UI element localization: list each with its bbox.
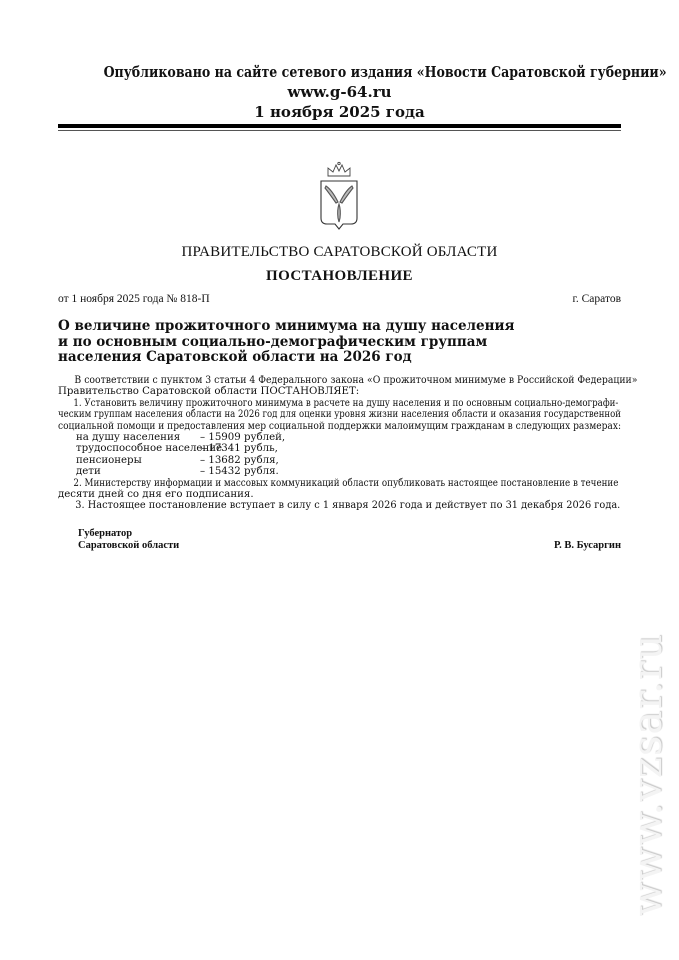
document-date-number: от 1 ноября 2025 года № 818-П bbox=[58, 293, 210, 305]
subsistence-rates-list: на душу населения – 15909 рублей, трудос… bbox=[58, 432, 621, 478]
rate-value: – 15432 рубля. bbox=[200, 466, 279, 477]
document-heading: О величине прожиточного минимума на душу… bbox=[58, 319, 515, 366]
item-2-line: 2. Министерству информации и массовых ко… bbox=[58, 478, 541, 489]
document-page: Опубликовано на сайте сетевого издания «… bbox=[0, 0, 679, 960]
rate-value: – 13682 рубля, bbox=[200, 455, 279, 466]
document-type: ПОСТАНОВЛЕНИЕ bbox=[58, 268, 621, 285]
rate-row: дети – 15432 рубля. bbox=[76, 466, 621, 477]
rate-label: трудоспособное население bbox=[76, 443, 200, 454]
saratov-coat-of-arms-icon bbox=[314, 160, 364, 232]
issuer-title: ПРАВИТЕЛЬСТВО САРАТОВСКОЙ ОБЛАСТИ bbox=[58, 244, 621, 261]
item-1-line: 1. Установить величину прожиточного мини… bbox=[58, 398, 537, 409]
rate-label: на душу населения bbox=[76, 432, 200, 443]
rate-row: трудоспособное население – 17341 рубль, bbox=[76, 443, 621, 454]
heading-line: О величине прожиточного минимума на душу… bbox=[58, 319, 515, 335]
item-3: 3. Настоящее постановление вступает в си… bbox=[58, 500, 598, 511]
publication-site: www.g-64.ru bbox=[58, 82, 621, 102]
item-2-line: десяти дней со дня его подписания. bbox=[58, 489, 621, 500]
rate-value: – 15909 рублей, bbox=[200, 432, 285, 443]
rate-row: на душу населения – 15909 рублей, bbox=[76, 432, 621, 443]
preamble-line: Правительство Саратовской области ПОСТАН… bbox=[58, 386, 621, 397]
rate-value: – 17341 рубль, bbox=[200, 443, 278, 454]
watermark-text: www.vzsar.ru bbox=[625, 633, 671, 916]
heading-line: и по основным социально-демографическим … bbox=[58, 335, 515, 351]
rate-row: пенсионеры – 13682 рубля, bbox=[76, 455, 621, 466]
signatory-position: Саратовской области bbox=[78, 540, 621, 552]
document-body: В соответствии с пунктом 3 статьи 4 Феде… bbox=[58, 375, 621, 512]
document-city: г. Саратов bbox=[572, 293, 621, 305]
item-1-line: ческим группам населения области на 2026… bbox=[58, 409, 531, 420]
watermark: www.vzsar.ru bbox=[628, 600, 668, 950]
signatory-name: Р. В. Бусаргин bbox=[554, 540, 621, 552]
rate-label: дети bbox=[76, 466, 200, 477]
header-divider-thin bbox=[58, 130, 621, 131]
signature-block: Губернатор Саратовской области Р. В. Бус… bbox=[78, 528, 621, 552]
header-divider-thick bbox=[58, 124, 621, 128]
item-1-line: социальной помощи и предоставления мер с… bbox=[58, 421, 559, 432]
preamble: В соответствии с пунктом 3 статьи 4 Феде… bbox=[58, 375, 621, 386]
preamble-line: В соответствии с пунктом 3 статьи 4 Феде… bbox=[58, 375, 572, 386]
signatory-position: Губернатор bbox=[78, 528, 621, 540]
publication-header: Опубликовано на сайте сетевого издания «… bbox=[58, 62, 621, 122]
publication-date: 1 ноября 2025 года bbox=[58, 102, 621, 122]
publication-notice: Опубликовано на сайте сетевого издания «… bbox=[104, 62, 576, 82]
rate-label: пенсионеры bbox=[76, 455, 200, 466]
heading-line: населения Саратовской области на 2026 го… bbox=[58, 350, 515, 366]
